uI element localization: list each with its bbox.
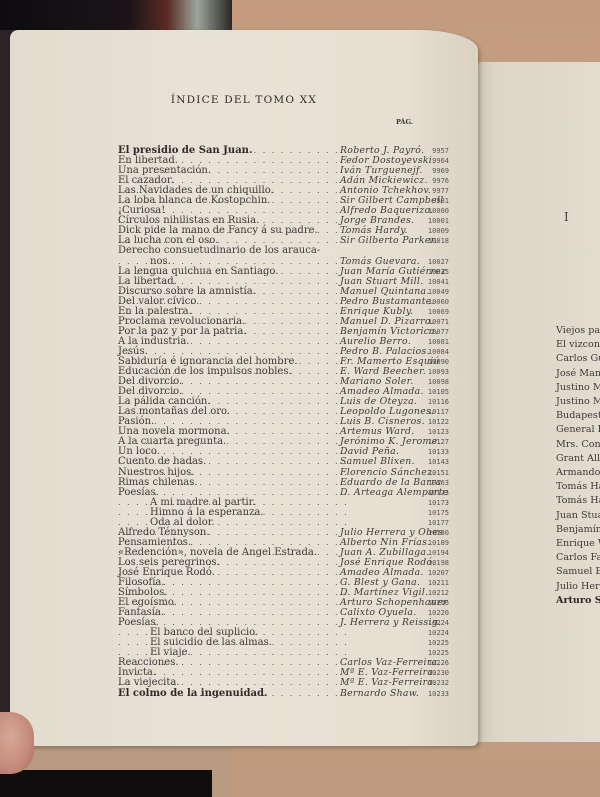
right-page-line: Tomás Hardy [556,480,600,494]
book-cover-bottom [0,770,212,797]
right-page-line: Grant Allen [556,452,600,466]
right-page-line: Samuel Blixe [556,565,600,579]
right-page-line: Carlos Farra [556,551,600,565]
right-page-title: I [564,210,569,224]
right-page-line: Budapest. [556,409,600,423]
right-page-line: Arturo Schop [556,594,600,608]
toc-entry: Derecho consuetudinario de los arauca- [118,246,468,256]
right-page-line: Enrique War [556,537,600,551]
right-page-line: Justino Mc. [556,395,600,409]
entry-title: El colmo de la ingenuidad. [118,689,268,699]
right-page-line: Viejos patin [556,324,600,338]
toc-entry: ........................................… [118,457,468,467]
entry-page: 10001 [401,216,449,226]
thumb [0,712,34,774]
entry-page: 10143 [401,457,449,467]
entry-page: 10018 [401,236,449,246]
right-page: I Viejos patinEl vizcondeCarlos GuidJosé… [478,62,600,742]
right-page-line: Benjamín Vic [556,523,600,537]
entry-page: 10127 [401,437,449,447]
table-of-contents: ........................................… [118,146,468,699]
entry-page: 10173 [401,488,449,498]
entry-page: 10175 [401,508,449,518]
entry-page: 10173 [401,498,449,508]
right-page-line: Mrs. Constan [556,438,600,452]
right-page-line: General Igna [556,423,600,437]
right-page-list: Viejos patinEl vizcondeCarlos GuidJosé M… [556,324,600,608]
right-page-line: Juan Stuart [556,509,600,523]
entry-title: Cuento de hadas. [118,457,206,467]
right-page-line: Tomás Hardy [556,494,600,508]
toc-entry: ........................................… [118,437,468,447]
page-title: ÍNDICE DEL TOMO XX [10,94,478,106]
right-page-line: José Manuel [556,367,600,381]
right-page-line: El vizconde [556,338,600,352]
entry-page: 10225 [401,638,449,648]
right-page-line: Justino Mc. [556,381,600,395]
right-page-line: Julio Herrer [556,580,600,594]
right-page-line: Armando Pal [556,466,600,480]
left-page: ÍNDICE DEL TOMO XX PÁG. ................… [10,30,478,746]
right-page-line: Carlos Guid [556,352,600,366]
toc-entry: ........................................… [118,689,468,699]
entry-page: 10224 [401,628,449,638]
entry-page: 10224 [401,618,449,628]
entry-page: 10233 [401,689,449,699]
page-column-label: PÁG. [396,118,413,126]
entry-title: Derecho consuetudinario de los arauca- [118,246,320,256]
